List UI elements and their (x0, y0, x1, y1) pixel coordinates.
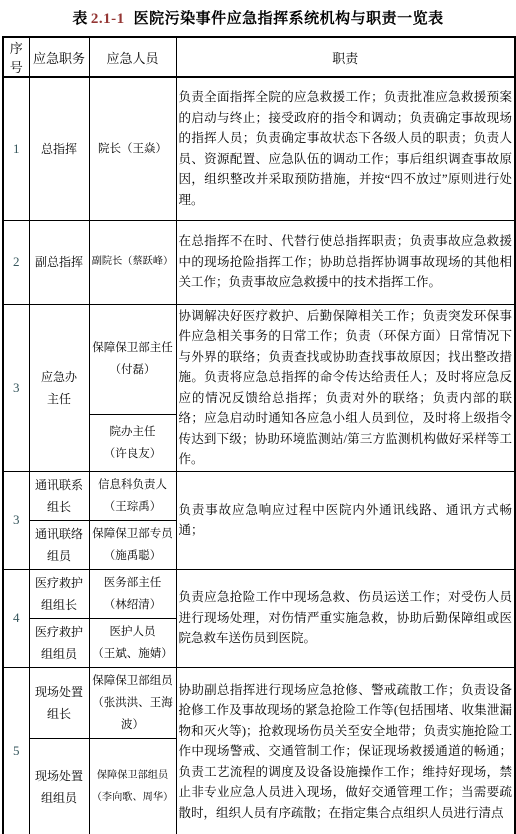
row6-personnel-b: 保障保卫部组员 （李向歌、周华） (89, 738, 176, 834)
row4-position-a: 通讯联系 组长 (29, 471, 89, 520)
table-row-6a: 5 现场处置 组长 保障保卫部组员 （张洪洪、王海 波） 协助副总指挥进行现场应… (3, 667, 515, 738)
document-page: 表2.1-1医院污染事件应急指挥系统机构与职责一览表 序号 应急职务 应急人员 … (0, 0, 516, 834)
header-no: 序号 (3, 37, 29, 77)
row6-position-b: 现场处置 组组员 (29, 738, 89, 834)
header-duty: 职责 (176, 37, 515, 77)
header-personnel: 应急人员 (89, 37, 176, 77)
row1-position: 总指挥 (29, 77, 89, 220)
row5-no: 4 (3, 569, 29, 667)
row3-position: 应急办 主任 (29, 304, 89, 471)
row5-personnel-b: 医护人员 （王斌、施婧） (89, 618, 176, 667)
row4-personnel-b: 保障保卫部专员 （施禹聪） (89, 520, 176, 569)
row3-personnel-a: 保障保卫部主任 （付磊） (89, 304, 176, 414)
header-position: 应急职务 (29, 37, 89, 77)
row5-position-a: 医疗救护 组组长 (29, 569, 89, 618)
row5-personnel-a: 医务部主任 （林绍清） (89, 569, 176, 618)
header-row: 序号 应急职务 应急人员 职责 (3, 37, 515, 77)
row1-no: 1 (3, 77, 29, 220)
row5-position-b: 医疗救护 组组员 (29, 618, 89, 667)
table-row-2: 2 副总指挥 副院长（蔡跃峰） 在总指挥不在时、代替行使总指挥职责；负责事故应急… (3, 220, 515, 304)
row3-duty: 协调解决好医疗救护、后勤保障相关工作；负责突发环保事件应急相关事务的日常工作；负… (176, 304, 515, 471)
row3-no: 3 (3, 304, 29, 471)
title-text: 医院污染事件应急指挥系统机构与职责一览表 (134, 11, 444, 27)
row5-duty: 负责应急抢险工作中现场急救、伤员运送工作；对受伤人员进行现场处理，对伤情严重实施… (176, 569, 515, 667)
table-row-1: 1 总指挥 院长（王焱） 负责全面指挥全院的应急救援工作；负责批准应急救援预案的… (3, 77, 515, 220)
row6-position-a: 现场处置 组长 (29, 667, 89, 738)
row4-duty: 负责事故应急响应过程中医院内外通讯线路、通讯方式畅通； (176, 471, 515, 569)
title-prefix: 表 (72, 11, 88, 27)
row2-no: 2 (3, 220, 29, 304)
row1-personnel: 院长（王焱） (89, 77, 176, 220)
row6-duty: 协助副总指挥进行现场应急抢修、警戒疏散工作；负责设备抢修工作及事故现场的紧急抢险… (176, 667, 515, 834)
row4-no: 3 (3, 471, 29, 569)
table-row-3a: 3 应急办 主任 保障保卫部主任 （付磊） 协调解决好医疗救护、后勤保障相关工作… (3, 304, 515, 414)
row2-duty: 在总指挥不在时、代替行使总指挥职责；负责事故应急救援中的现场抢险指挥工作；协助总… (176, 220, 515, 304)
table-title: 表2.1-1医院污染事件应急指挥系统机构与职责一览表 (0, 0, 516, 36)
duty-table: 序号 应急职务 应急人员 职责 1 总指挥 院长（王焱） 负责全面指挥全院的应急… (2, 36, 516, 834)
row4-position-b: 通讯联络 组员 (29, 520, 89, 569)
table-row-4a: 3 通讯联系 组长 信息科负责人 （王琮禹） 负责事故应急响应过程中医院内外通讯… (3, 471, 515, 520)
row2-position: 副总指挥 (29, 220, 89, 304)
row6-personnel-a: 保障保卫部组员 （张洪洪、王海 波） (89, 667, 176, 738)
row4-personnel-a: 信息科负责人 （王琮禹） (89, 471, 176, 520)
row2-personnel: 副院长（蔡跃峰） (89, 220, 176, 304)
row1-duty: 负责全面指挥全院的应急救援工作；负责批准应急救援预案的启动与终止；接受政府的指令… (176, 77, 515, 220)
table-row-5a: 4 医疗救护 组组长 医务部主任 （林绍清） 负责应急抢险工作中现场急救、伤员运… (3, 569, 515, 618)
row6-no: 5 (3, 667, 29, 834)
title-number: 2.1-1 (91, 11, 125, 27)
row3-personnel-b: 院办主任 （许良友） (89, 414, 176, 471)
